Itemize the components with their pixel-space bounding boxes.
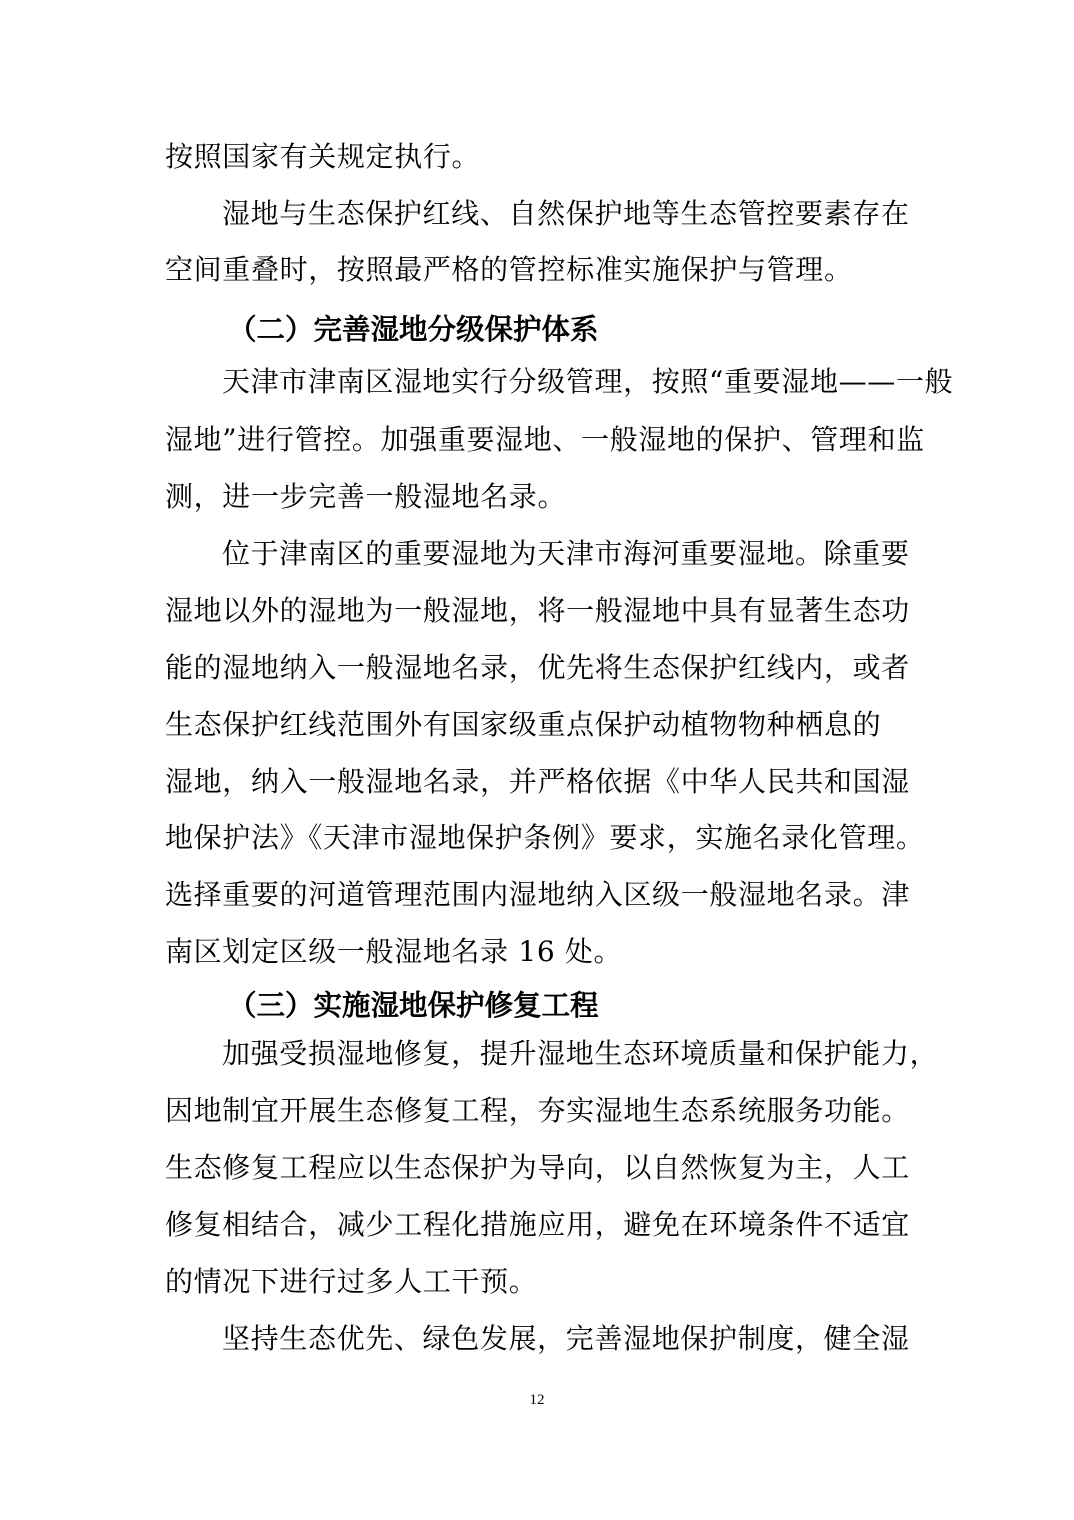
page-number: 12	[530, 1390, 545, 1410]
body-line: 地保护法》《天津市湿地保护条例》要求，实施名录化管理。	[165, 821, 925, 855]
body-line: 湿地”进行管控。加强重要湿地、一般湿地的保护、管理和监	[165, 423, 925, 457]
body-line: 测，进一步完善一般湿地名录。	[165, 480, 925, 514]
body-line: 湿地以外的湿地为一般湿地，将一般湿地中具有显著生态功	[165, 594, 925, 628]
document-page: 按照国家有关规定执行。 湿地与生态保护红线、自然保护地等生态管控要素存在 空间重…	[0, 0, 1074, 1520]
body-line: 空间重叠时，按照最严格的管控标准实施保护与管理。	[165, 253, 925, 287]
body-line: 坚持生态优先、绿色发展，完善湿地保护制度，健全湿	[222, 1322, 982, 1356]
body-line: 南区划定区级一般湿地名录 16 处。	[165, 935, 925, 969]
body-line: 生态修复工程应以生态保护为导向，以自然恢复为主，人工	[165, 1151, 925, 1185]
body-line: 位于津南区的重要湿地为天津市海河重要湿地。除重要	[222, 537, 982, 571]
body-line: 因地制宜开展生态修复工程，夯实湿地生态系统服务功能。	[165, 1094, 925, 1128]
section-heading-2: （二）完善湿地分级保护体系	[228, 311, 599, 349]
body-line: 选择重要的河道管理范围内湿地纳入区级一般湿地名录。津	[165, 878, 925, 912]
body-line: 加强受损湿地修复，提升湿地生态环境质量和保护能力，	[222, 1037, 982, 1071]
body-line: 湿地与生态保护红线、自然保护地等生态管控要素存在	[222, 197, 982, 231]
body-line: 能的湿地纳入一般湿地名录，优先将生态保护红线内，或者	[165, 651, 925, 685]
body-line: 湿地，纳入一般湿地名录，并严格依据《中华人民共和国湿	[165, 765, 925, 799]
body-line: 的情况下进行过多人工干预。	[165, 1265, 925, 1299]
body-line: 按照国家有关规定执行。	[165, 140, 925, 174]
body-line: 天津市津南区湿地实行分级管理，按照“重要湿地——一般	[222, 365, 982, 399]
body-line: 修复相结合，减少工程化措施应用，避免在环境条件不适宜	[165, 1208, 925, 1242]
body-line: 生态保护红线范围外有国家级重点保护动植物物种栖息的	[165, 708, 925, 742]
section-heading-3: （三）实施湿地保护修复工程	[228, 987, 599, 1025]
